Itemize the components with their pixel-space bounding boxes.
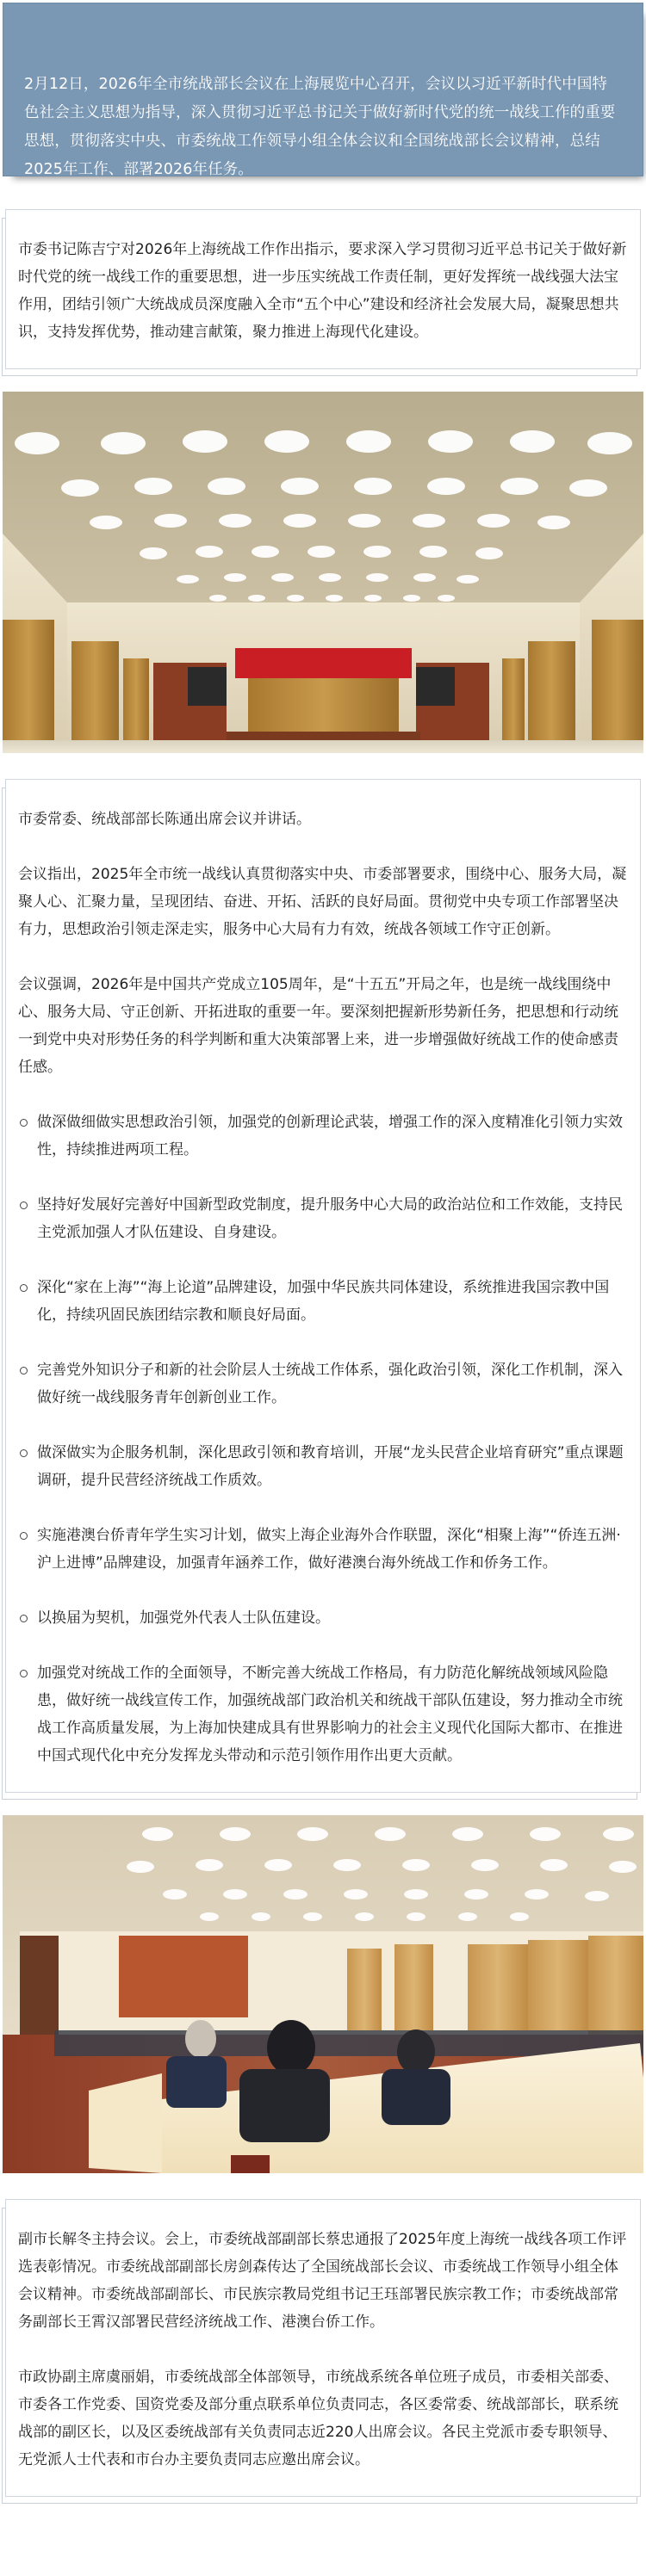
task-item: 做深做细做实思想政治引领，加强党的创新理论武装，增强工作的深入度精准化引领力实效… [18, 1109, 630, 1164]
circle-bullet-icon [20, 1202, 28, 1209]
task-text: 加强党对统战工作的全面领导，不断完善大统战工作格局，有力防范化解统战领域风险隐患… [37, 1665, 623, 1764]
lead-summary-box: 2月12日，2026年全市统战部长会议在上海展览中心召开，会议以习近平新时代中国… [3, 3, 643, 176]
lead-section: 2月12日，2026年全市统战部长会议在上海展览中心召开，会议以习近平新时代中国… [0, 0, 646, 185]
card-body: 副市长解冬主持会议。会上，市委统战部副部长蔡忠通报了2025年度上海统一战线各项… [5, 2199, 641, 2497]
instruction-card: 市委书记陈吉宁对2026年上海统战工作作出指示，要求深入学习贯彻习近平总书记关于… [5, 209, 641, 369]
task-text: 深化“家在上海”“海上论道”品牌建设，加强中华民族共同体建设，系统推进我国宗教中… [37, 1279, 609, 1324]
summary-paragraph: 会议指出，2025年全市统一战线认真贯彻落实中央、市委部署要求，围绕中心、服务大… [18, 861, 630, 943]
instruction-paragraph: 市委书记陈吉宁对2026年上海统战工作作出指示，要求深入学习贯彻习近平总书记关于… [18, 236, 630, 346]
circle-bullet-icon [20, 1284, 28, 1292]
task-item: 深化“家在上海”“海上论道”品牌建设，加强中华民族共同体建设，系统推进我国宗教中… [18, 1274, 630, 1329]
attendees-image [3, 1815, 643, 2173]
task-text: 实施港澳台侨青年学生实习计划，做实上海企业海外合作联盟，深化“相聚上海”“侨连五… [37, 1527, 621, 1572]
task-item: 做深做实为企服务机制，深化思政引领和教育培训，开展“龙头民营企业培育研究”重点课… [18, 1439, 630, 1494]
meeting-hall-image [3, 392, 643, 753]
circle-bullet-icon [20, 1670, 28, 1677]
attendees-paragraph: 市政协副主席虞丽娟，市委统战部全体部领导，市统战系统各单位班子成员，市委相关部委… [18, 2363, 630, 2474]
task-list: 做深做细做实思想政治引领，加强党的创新理论武装，增强工作的深入度精准化引领力实效… [18, 1109, 630, 1770]
card-body: 市委书记陈吉宁对2026年上海统战工作作出指示，要求深入学习贯彻习近平总书记关于… [5, 209, 641, 369]
circle-bullet-icon [20, 1615, 28, 1622]
task-item: 坚持好发展好完善好中国新型政党制度，提升服务中心大局的政治站位和工作效能，支持民… [18, 1191, 630, 1246]
task-item: 完善党外知识分子和新的社会阶层人士统战工作体系，强化政治引领，深化工作机制，深入… [18, 1356, 630, 1412]
task-item: 加强党对统战工作的全面领导，不断完善大统战工作格局，有力防范化解统战领域风险隐患… [18, 1659, 630, 1770]
task-text: 坚持好发展好完善好中国新型政党制度，提升服务中心大局的政治站位和工作效能，支持民… [37, 1196, 623, 1241]
circle-bullet-icon [20, 1367, 28, 1374]
task-text: 完善党外知识分子和新的社会阶层人士统战工作体系，强化政治引领，深化工作机制，深入… [37, 1362, 623, 1406]
circle-bullet-icon [20, 1449, 28, 1457]
host-paragraph: 副市长解冬主持会议。会上，市委统战部副部长蔡忠通报了2025年度上海统一战线各项… [18, 2226, 630, 2336]
task-text: 做深做细做实思想政治引领，加强党的创新理论武装，增强工作的深入度精准化引领力实效… [37, 1114, 623, 1158]
meeting-points-card: 市委常委、统战部部长陈通出席会议并讲话。 会议指出，2025年全市统一战线认真贯… [5, 779, 641, 1793]
card-body: 市委常委、统战部部长陈通出席会议并讲话。 会议指出，2025年全市统一战线认真贯… [5, 779, 641, 1793]
speech-paragraph: 市委常委、统战部部长陈通出席会议并讲话。 [18, 806, 630, 833]
lead-summary-text: 2月12日，2026年全市统战部长会议在上海展览中心召开，会议以习近平新时代中国… [24, 71, 622, 184]
attendees-photo [3, 1815, 643, 2173]
task-text: 以换届为契机，加强党外代表人士队伍建设。 [37, 1609, 330, 1627]
task-item: 以换届为契机，加强党外代表人士队伍建设。 [18, 1604, 630, 1632]
attendance-card: 副市长解冬主持会议。会上，市委统战部副部长蔡忠通报了2025年度上海统一战线各项… [5, 2199, 641, 2497]
emphasis-paragraph: 会议强调，2026年是中国共产党成立105周年，是“十五五”开局之年，也是统一战… [18, 971, 630, 1081]
circle-bullet-icon [20, 1532, 28, 1540]
circle-bullet-icon [20, 1119, 28, 1127]
task-text: 做深做实为企服务机制，深化思政引领和教育培训，开展“龙头民营企业培育研究”重点课… [37, 1444, 624, 1489]
task-item: 实施港澳台侨青年学生实习计划，做实上海企业海外合作联盟，深化“相聚上海”“侨连五… [18, 1522, 630, 1577]
article-page: 2月12日，2026年全市统战部长会议在上海展览中心召开，会议以习近平新时代中国… [0, 0, 646, 2509]
meeting-hall-photo [3, 392, 643, 753]
